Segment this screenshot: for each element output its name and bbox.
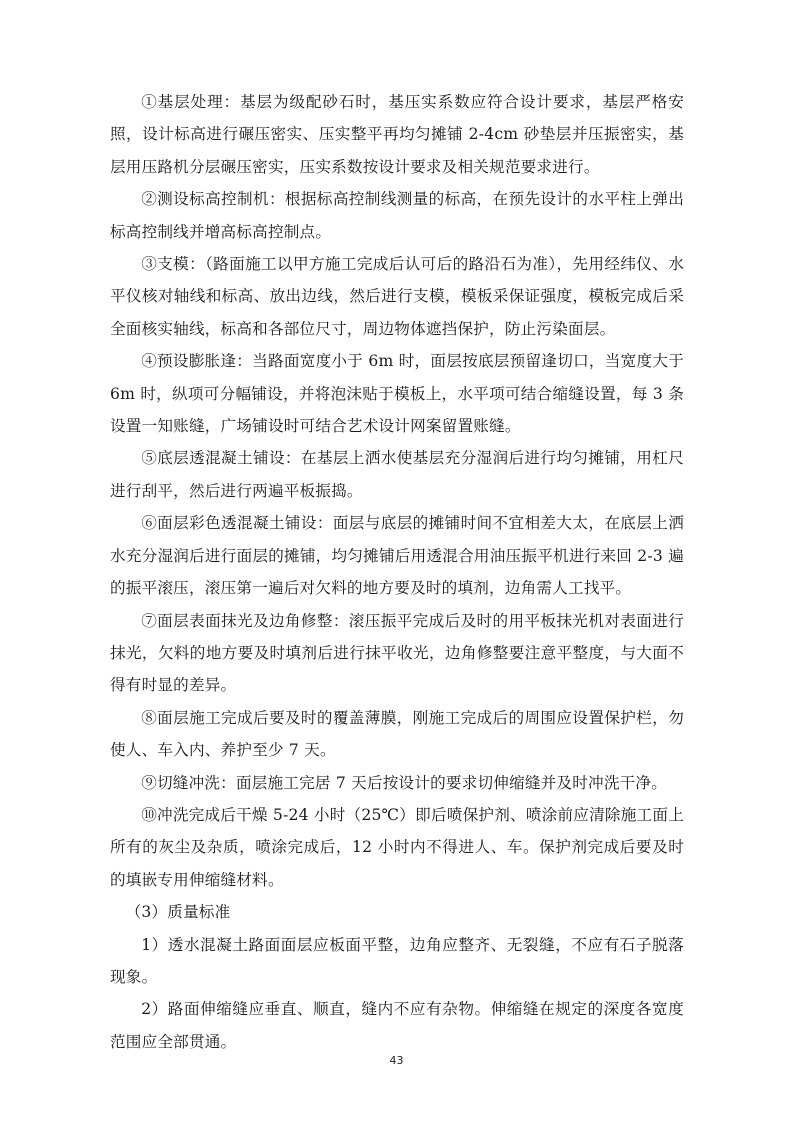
paragraph-protective-agent: ⑩冲洗完成后干燥 5-24 小时（25℃）即后喷保护剂、喷涂前应清除施工面上所有… — [110, 799, 684, 896]
paragraph-surface-layer: ⑥面层彩色透混凝土铺设：面层与底层的摊铺时间不宜相差大太，在底层上洒水充分湿润后… — [110, 507, 684, 604]
section-heading-quality-standard: （3）质量标准 — [110, 896, 684, 928]
paragraph-joint-cutting: ⑨切缝冲洗：面层施工完居 7 天后按设计的要求切伸缩缝并及时冲洗干净。 — [110, 767, 684, 799]
paragraph-base-treatment: ①基层处理：基层为级配砂石时，基压实系数应符合设计要求，基层严格安照，设计标高进… — [110, 86, 684, 183]
paragraph-surface-finishing: ⑦面层表面抹光及边角修整：滚压振平完成后及时的用平板抹光机对表面进行抹光，欠料的… — [110, 605, 684, 702]
paragraph-elevation-control: ②测设标高控制机：根据标高控制线测量的标高，在预先设计的水平柱上弹出标高控制线并… — [110, 183, 684, 248]
paragraph-formwork: ③支模：（路面施工以甲方施工完成后认可后的路沿石为准），先用经纬仪、水平仪核对轴… — [110, 248, 684, 345]
paragraph-quality-item-2: 2）路面伸缩缝应垂直、顺直，缝内不应有杂物。伸缩缝在规定的深度各宽度范围应全部贯… — [110, 993, 684, 1058]
page-number: 43 — [0, 1054, 793, 1067]
paragraph-bottom-layer: ⑤底层透混凝土铺设：在基层上洒水使基层充分湿润后进行均匀摊铺，用杠尺进行刮平，然… — [110, 442, 684, 507]
paragraph-curing: ⑧面层施工完成后要及时的覆盖薄膜，刚施工完成后的周围应设置保护栏，勿使人、车入内… — [110, 702, 684, 767]
document-body: ①基层处理：基层为级配砂石时，基压实系数应符合设计要求，基层严格安照，设计标高进… — [110, 86, 684, 1058]
paragraph-quality-item-1: 1）透水混凝土路面面层应板面平整，边角应整齐、无裂缝，不应有石子脱落现象。 — [110, 929, 684, 994]
paragraph-expansion-joint: ④预设膨胀逢：当路面宽度小于 6m 时，面层按底层预留逢切口，当宽度大于 6m … — [110, 345, 684, 442]
